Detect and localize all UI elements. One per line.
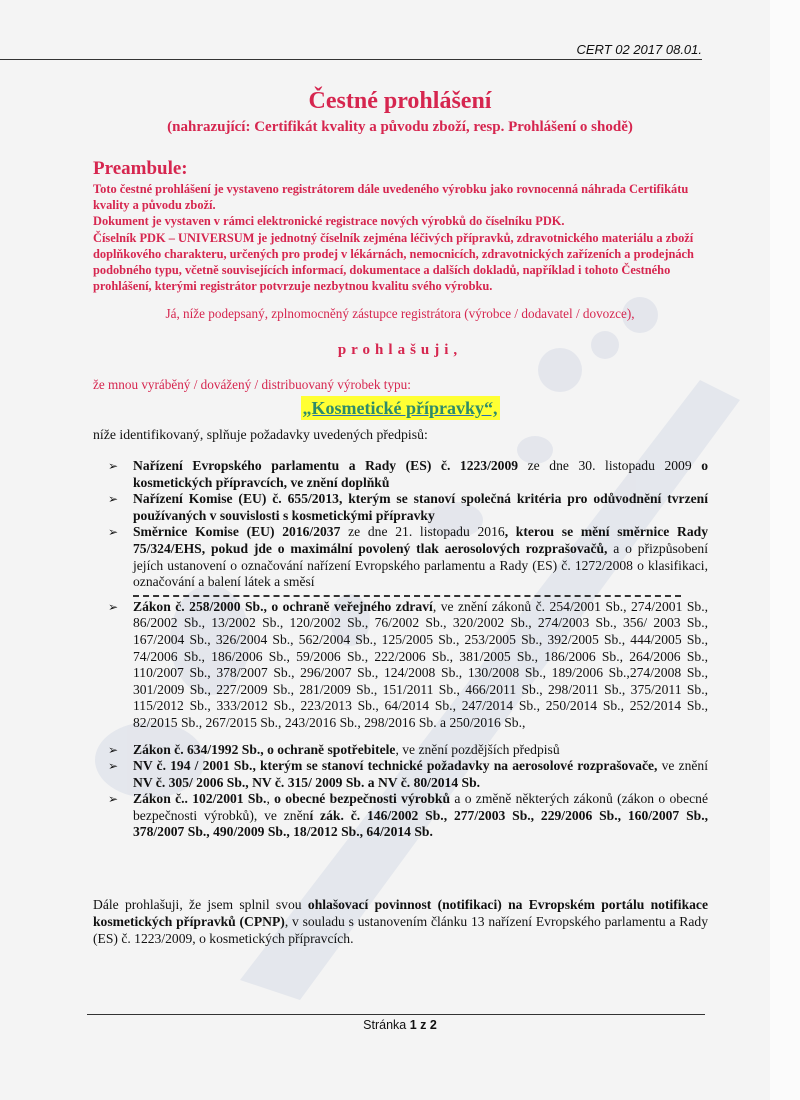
dashed-separator bbox=[133, 595, 681, 597]
notification-statement: Dále prohlašuji, že jsem splnil svou ohl… bbox=[93, 896, 708, 948]
regulations-group-eu: ➢Nařízení Evropského parlamentu a Rady (… bbox=[108, 458, 708, 591]
document-code: CERT 02 2017 08.01. bbox=[0, 42, 702, 60]
regulations-intro: níže identifikovaný, splňuje požadavky u… bbox=[93, 427, 428, 443]
product-type-line: že mnou vyráběný / dovážený / distribuov… bbox=[93, 377, 411, 393]
regulation-item: ➢Nařízení Evropského parlamentu a Rady (… bbox=[108, 458, 708, 491]
document-page: CERT 02 2017 08.01. Čestné prohlášení (n… bbox=[0, 0, 770, 1100]
scan-edge bbox=[770, 0, 800, 1100]
product-name-wrapper: „Kosmetické přípravky“, bbox=[0, 396, 800, 420]
regulation-item: ➢Zákon č. 258/2000 Sb., o ochraně veřejn… bbox=[108, 599, 708, 732]
regulations-list: ➢Nařízení Evropského parlamentu a Rady (… bbox=[108, 458, 708, 841]
declarant-statement: Já, níže podepsaný, zplnomocněný zástupc… bbox=[0, 306, 800, 322]
preamble-paragraph: Dokument je vystaven v rámci elektronick… bbox=[93, 213, 713, 229]
preamble-heading: Preambule: bbox=[93, 158, 188, 180]
regulations-group-public-health: ➢Zákon č. 258/2000 Sb., o ochraně veřejn… bbox=[108, 599, 708, 732]
current-page: 1 bbox=[410, 1018, 417, 1032]
arrow-bullet-icon: ➢ bbox=[108, 599, 118, 616]
arrow-bullet-icon: ➢ bbox=[108, 758, 118, 775]
product-name: „Kosmetické přípravky“, bbox=[301, 396, 500, 420]
document-title: Čestné prohlášení bbox=[0, 88, 800, 115]
preamble-text: Toto čestné prohlášení je vystaveno regi… bbox=[93, 181, 713, 294]
regulation-item: ➢Zákon č.. 102/2001 Sb., o obecné bezpeč… bbox=[108, 791, 708, 841]
arrow-bullet-icon: ➢ bbox=[108, 491, 118, 508]
total-pages: 2 bbox=[430, 1018, 437, 1032]
page-indicator: Stránka 1 z 2 bbox=[0, 1018, 800, 1032]
regulations-group-national: ➢Zákon č. 634/1992 Sb., o ochraně spotře… bbox=[108, 742, 708, 842]
preamble-paragraph: Toto čestné prohlášení je vystaveno regi… bbox=[93, 181, 713, 213]
arrow-bullet-icon: ➢ bbox=[108, 742, 118, 759]
arrow-bullet-icon: ➢ bbox=[108, 791, 118, 808]
arrow-bullet-icon: ➢ bbox=[108, 458, 118, 475]
footer-divider bbox=[87, 1014, 705, 1015]
regulation-item: ➢NV č. 194 / 2001 Sb., kterým se stanoví… bbox=[108, 758, 708, 791]
regulation-item: ➢Zákon č. 634/1992 Sb., o ochraně spotře… bbox=[108, 742, 708, 759]
document-subtitle: (nahrazující: Certifikát kvality a původ… bbox=[0, 119, 800, 136]
of-label: z bbox=[420, 1018, 426, 1032]
arrow-bullet-icon: ➢ bbox=[108, 524, 118, 541]
regulation-item: ➢Směrnice Komise (EU) 2016/2037 ze dne 2… bbox=[108, 524, 708, 590]
preamble-paragraph: Číselník PDK – UNIVERSUM je jednotný čís… bbox=[93, 230, 713, 295]
declare-word: prohlašuji, bbox=[0, 342, 800, 359]
regulation-item: ➢Nařízení Komise (EU) č. 655/2013, který… bbox=[108, 491, 708, 524]
page-label: Stránka bbox=[363, 1018, 406, 1032]
